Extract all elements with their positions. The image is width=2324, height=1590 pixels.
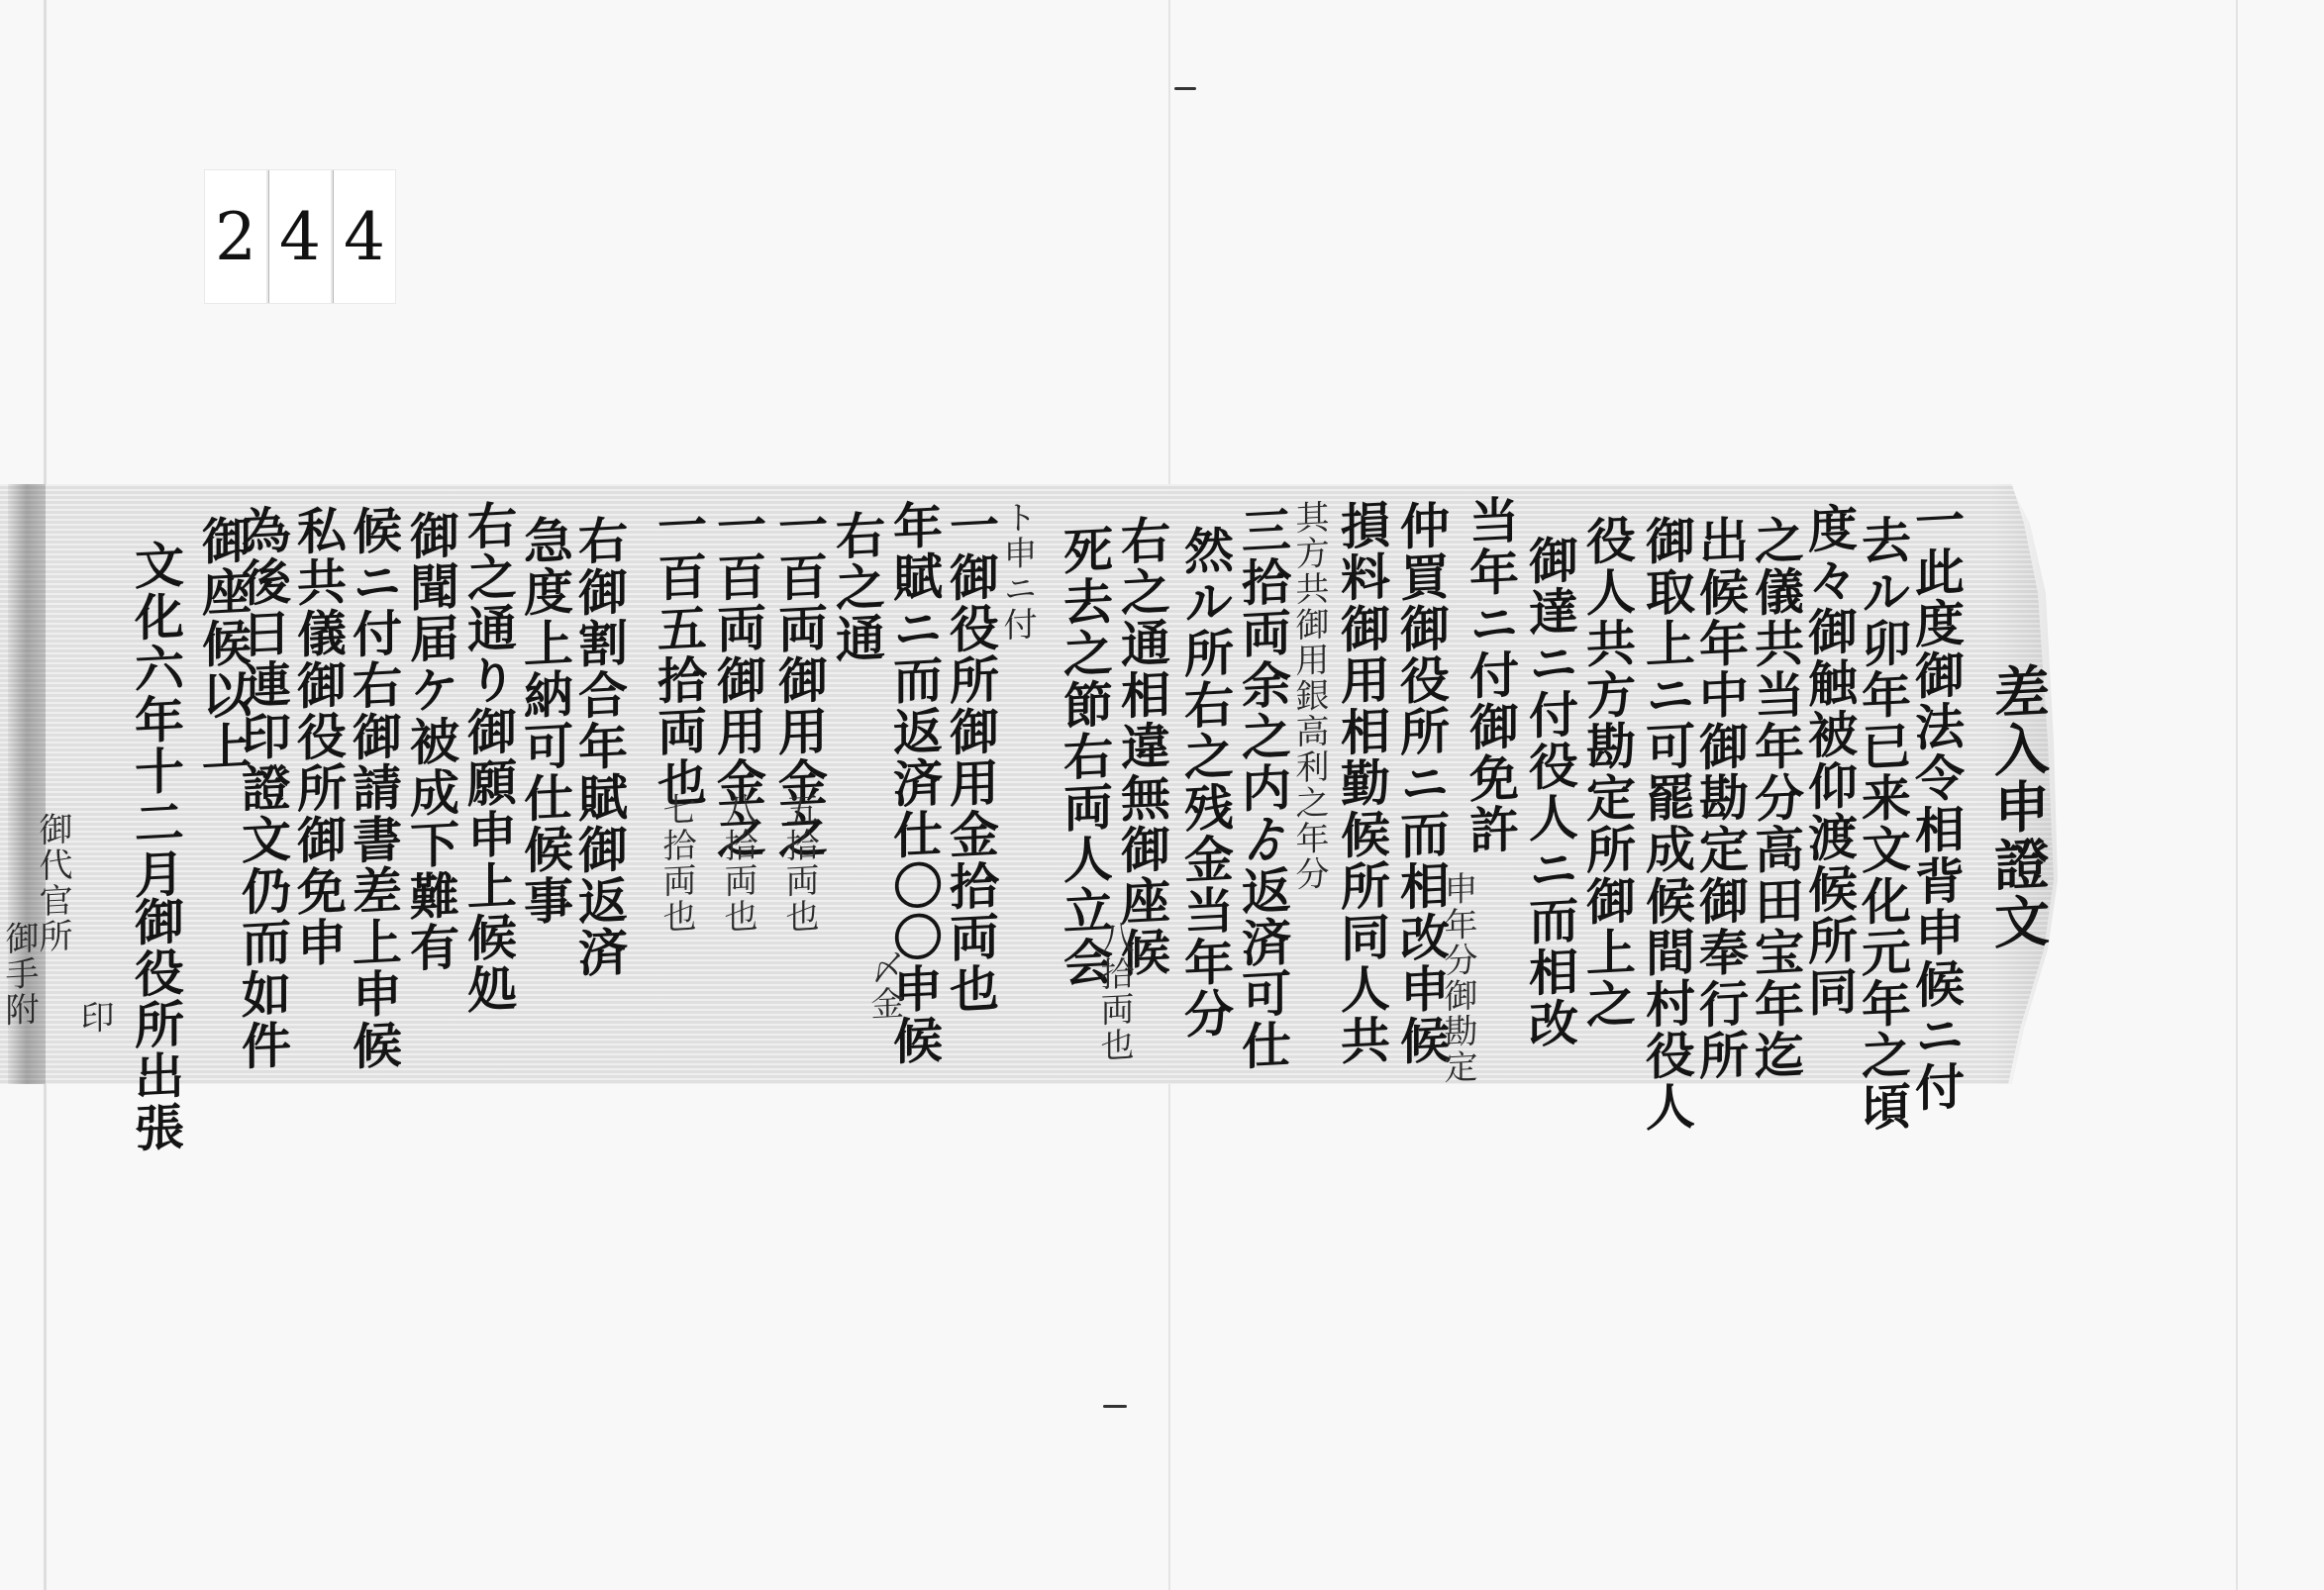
text-column: 一此度御法令相背申候ニ付	[1911, 494, 1961, 1115]
text-annotation: 〆金	[867, 949, 901, 1023]
text-column: 仲買御役所ニ而相改申候	[1396, 499, 1446, 1068]
text-column: 度々御触被仰渡候所同	[1804, 502, 1854, 1020]
text-column: 右之通	[832, 509, 881, 666]
seal-mark: 印	[77, 999, 111, 1037]
text-column: 然ル所右之残金当年分	[1180, 524, 1230, 1042]
archive-number-label: 2 4 4	[205, 170, 395, 303]
text-column: 之儀共当年分高田宝年迄	[1751, 514, 1800, 1083]
addressee-line-1: 御代官所	[36, 811, 69, 955]
text-column: 役人共方勘定所御上之	[1582, 514, 1632, 1032]
text-column: 死去之節右両人立会	[1060, 524, 1109, 990]
archive-digit: 4	[333, 170, 395, 303]
text-column: 私共儀御役所御免申	[293, 504, 343, 970]
text-column: 出候年中御勘定御奉行所	[1695, 514, 1745, 1083]
text-amount: 八拾両也	[721, 791, 755, 936]
archive-digit: 2	[205, 170, 266, 303]
text-column: 候ニ付右御請書差上申候	[349, 504, 398, 1073]
page-fold-line-right	[2236, 0, 2238, 1590]
text-column-small: ト申ニ付	[1000, 499, 1034, 644]
addressee-line-2: 御手附	[2, 920, 36, 1029]
text-column: 当年ニ付御免許	[1465, 494, 1515, 857]
text-column: 御取上ニ可罷成候間村役人	[1642, 514, 1691, 1135]
text-column: 右御割合年賦御返済	[574, 514, 624, 980]
text-column: 右之通相違無御座候	[1117, 514, 1166, 980]
text-column: 去ル卯年已来文化元年之頃	[1858, 514, 1907, 1135]
stray-mark-top	[1174, 87, 1196, 90]
text-column: 御達ニ付役人ニ而相改	[1525, 534, 1574, 1051]
text-column: 御座候以上	[198, 514, 248, 774]
date-line: 文化六年十二月	[131, 539, 180, 902]
archive-digit: 4	[268, 170, 331, 303]
document-title: 差入申證文	[1990, 662, 2046, 952]
text-column: 一御役所御用金拾両也	[946, 499, 995, 1017]
text-annotation: 八拾両也	[1097, 920, 1131, 1064]
text-column: 損料御用相勤候所同人共	[1337, 499, 1386, 1068]
text-column: 三拾両余之内ゟ返済可仕	[1238, 504, 1287, 1073]
text-column: 急度上納可仕候事	[520, 514, 569, 929]
stray-mark-bottom	[1103, 1405, 1127, 1408]
text-amount: 五拾両也	[782, 791, 816, 936]
text-column: 右之通り御願申上候処	[463, 499, 513, 1017]
text-column: 御聞届ケ被成下難有	[406, 509, 455, 975]
text-column: 一百五拾両也	[654, 499, 703, 811]
text-column-small: 其方共御用銀高利之年分	[1292, 499, 1326, 893]
signatory: 御役所出張	[131, 895, 180, 1155]
text-amount: 七拾両也	[659, 791, 693, 936]
